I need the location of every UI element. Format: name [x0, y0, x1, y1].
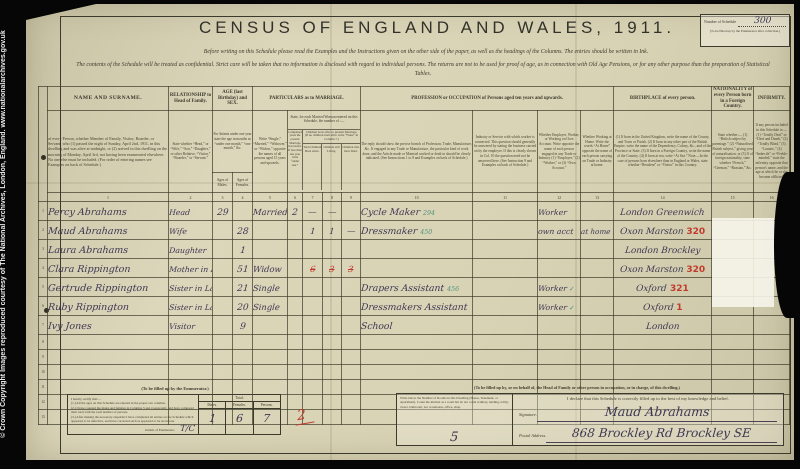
cell-age_f: 1 [233, 240, 253, 259]
note-name: of every Person, whether Member of Famil… [48, 111, 169, 193]
cell-nationality [712, 350, 754, 365]
cell-years_married: 2 [288, 202, 303, 221]
cell-children_died [342, 202, 361, 221]
postal-address-value: 868 Brockley Rd Brockley SE [572, 427, 752, 439]
cell-children_born: 1 [303, 221, 323, 240]
cell-at_home: at home [581, 221, 614, 240]
col-number: 14 [614, 193, 712, 202]
cell-at_home [581, 259, 614, 278]
cell-children_born [303, 365, 323, 380]
cell-name: Clara Rippington [48, 259, 169, 278]
cell-at_home [581, 335, 614, 350]
cell-age_m [213, 240, 233, 259]
cell-name: Ivy Jones [48, 316, 169, 335]
cell-no: 4 [39, 259, 48, 278]
cell-children_living [323, 316, 342, 335]
cell-occupation: Dressmaker450 [361, 221, 473, 240]
cell-name: Maud Abrahams [48, 221, 169, 240]
birthplace-code-annotation: 320 [686, 265, 705, 275]
cell-marital: Single [253, 278, 288, 297]
birthplace-code-annotation: 1 [676, 303, 682, 313]
cell-age_f [233, 365, 253, 380]
cell-at_home [581, 240, 614, 259]
note-age: For Infants under one year state the age… [213, 111, 253, 173]
census-row: 5Gertrude RippingtonSister in Law21Singl… [39, 278, 790, 297]
cell-marital [253, 240, 288, 259]
cell-children_born [303, 335, 323, 350]
col-number: 7 [303, 193, 323, 202]
cell-age_m [213, 335, 233, 350]
schedule-number-note: (To be filled up by the Enumerator after… [704, 29, 786, 33]
cell-occupation [361, 365, 473, 380]
cell-name: Percy Abrahams [48, 202, 169, 221]
col-number: 3 [213, 193, 233, 202]
cell-name [48, 350, 169, 365]
cell-industry [473, 259, 538, 278]
label-children-living: Children still Living. [321, 144, 340, 189]
cell-children_born [303, 350, 323, 365]
cell-birthplace: Oxford321 [614, 278, 712, 297]
cell-no: 12 [39, 395, 48, 410]
birthplace-code-annotation: 321 [670, 284, 689, 294]
cell-relationship: Sister in Law [169, 297, 213, 316]
totals-table: Total. Males. Females. Persons. 1 6 7 [198, 395, 280, 434]
postal-address-label: Postal Address. [519, 433, 546, 438]
cell-nationality [712, 316, 754, 335]
declaration-box: Write below the Number of Rooms in this … [396, 393, 784, 446]
cell-years_married [288, 221, 303, 240]
marriage-subheader-group: State, for each Married Woman entered on… [288, 111, 361, 193]
cell-industry [473, 365, 538, 380]
cell-children_living [323, 395, 342, 410]
census-row: 10 [39, 365, 790, 380]
census-row: 1Percy AbrahamsHead29Married2——Cycle Mak… [39, 202, 790, 221]
cell-marital: Single [253, 297, 288, 316]
note-birthplace: (1) If born in the United Kingdom, write… [614, 111, 712, 193]
cell-birthplace: Oxon Marston320 [614, 259, 712, 278]
cell-marital [253, 350, 288, 365]
cell-industry [473, 335, 538, 350]
occupation-code-annotation: 294 [423, 210, 435, 217]
cell-children_living [323, 380, 342, 395]
certify-item-2: (2.) I have counted the males and female… [71, 406, 195, 415]
cell-name: Ruby Rippington [48, 297, 169, 316]
cell-birthplace [614, 365, 712, 380]
rooms-note: Write below the Number of Rooms in this … [400, 396, 509, 409]
col-number: 6 [288, 193, 303, 202]
cell-occupation [361, 350, 473, 365]
cell-age_m [213, 365, 233, 380]
col-number: 5 [253, 193, 288, 202]
cell-infirmity [754, 316, 790, 335]
cell-children_died [342, 240, 361, 259]
cell-infirmity [754, 365, 790, 380]
scan-edge [774, 172, 800, 318]
cell-birthplace: London Brockley [614, 240, 712, 259]
cell-years_married [288, 335, 303, 350]
cell-age_m [213, 297, 233, 316]
cell-birthplace [614, 350, 712, 365]
cell-name: Laura Abrahams [48, 240, 169, 259]
cell-status: Worker [538, 202, 581, 221]
note-years-married: Completed years the present Marriage has… [288, 130, 303, 190]
cell-marital: Married [253, 202, 288, 221]
occupation-code-annotation: 456 [447, 286, 459, 293]
cell-industry [473, 297, 538, 316]
col-number: 1 [48, 193, 169, 202]
cell-children_died [342, 395, 361, 410]
row-number-column [39, 87, 48, 202]
cell-years_married [288, 259, 303, 278]
cell-status [538, 335, 581, 350]
cell-years_married [288, 278, 303, 297]
cell-industry [473, 221, 538, 240]
census-rows: 1Percy AbrahamsHead29Married2——Cycle Mak… [39, 202, 790, 425]
signature-value: Maud Abrahams [604, 406, 710, 419]
red-check-mark: 2 [295, 406, 315, 425]
page-title: CENSUS OF ENGLAND AND WALES, 1911. [177, 18, 697, 38]
header-occupation: PROFESSION or OCCUPATION of Persons aged… [361, 87, 614, 111]
cell-occupation: Drapers Assistant456 [361, 278, 473, 297]
census-row: 9 [39, 350, 790, 365]
cell-children_living [323, 350, 342, 365]
cell-relationship: Daughter [169, 240, 213, 259]
cell-years_married [288, 297, 303, 316]
cell-industry [473, 240, 538, 259]
totals-persons-label: Persons. [253, 402, 280, 408]
header-relationship: RELATIONSHIP to Head of Family. [169, 87, 213, 111]
instruction-line-2: The contents of the Schedule will be tre… [70, 61, 776, 78]
totals-females-value: 6 [236, 413, 244, 424]
note-nationality: State whether:— (1) “British subject by … [712, 111, 754, 193]
col-number: 13 [581, 193, 614, 202]
signature-label: Signature. [519, 412, 537, 417]
header-nationality: NATIONALITY of every Person born in a Fo… [712, 87, 754, 111]
cell-age_f: 51 [233, 259, 253, 278]
cell-children_died [342, 380, 361, 395]
cell-age_f [233, 335, 253, 350]
cell-years_married [288, 350, 303, 365]
cell-occupation: School [361, 316, 473, 335]
cell-birthplace: Oxon Marston320 [614, 221, 712, 240]
cell-birthplace: London Greenwich [614, 202, 712, 221]
cell-no: 9 [39, 350, 48, 365]
cell-children_born: 6 [303, 259, 323, 278]
cell-relationship: Wife [169, 221, 213, 240]
note-personal-occupation: The reply should show the precise branch… [361, 111, 473, 193]
cell-children_living [323, 365, 342, 380]
header-marriage: PARTICULARS as to MARRIAGE. [253, 87, 361, 111]
cell-no: 6 [39, 297, 48, 316]
cell-children_born [303, 297, 323, 316]
census-form-paper: CENSUS OF ENGLAND AND WALES, 1911. Befor… [26, 4, 794, 460]
cell-name [48, 335, 169, 350]
cell-relationship: Mother in Law [169, 259, 213, 278]
note-industry: Industry or Service with which worker is… [473, 111, 538, 193]
enumerator-certification: I hereby certify that:— (1.) All the age… [68, 395, 198, 434]
cell-age_f: 21 [233, 278, 253, 297]
cell-age_m: 29 [213, 202, 233, 221]
cell-birthplace [614, 335, 712, 350]
enumerator-box: I hereby certify that:— (1.) All the age… [67, 394, 281, 435]
column-number-strip: 1 2 3 4 5 6 7 8 9 10 11 12 13 14 15 16 [39, 193, 790, 202]
census-row: 3Laura AbrahamsDaughter1London Brockley [39, 240, 790, 259]
header-age: AGE (last Birthday) and SEX. [213, 87, 253, 111]
cell-relationship [169, 335, 213, 350]
cell-marital [253, 365, 288, 380]
note-children: Children born alive to present Marriage.… [303, 130, 360, 145]
cell-no: 5 [39, 278, 48, 297]
census-row: 8 [39, 335, 790, 350]
cell-years_married [288, 316, 303, 335]
header-name: NAME AND SURNAME. [48, 87, 169, 111]
cell-children_died [342, 365, 361, 380]
cell-name: Gertrude Rippington [48, 278, 169, 297]
cell-relationship [169, 365, 213, 380]
cell-age_f: 9 [233, 316, 253, 335]
label-children-died: Children who have Died. [341, 144, 360, 189]
cell-status [538, 259, 581, 278]
cell-children_died [342, 316, 361, 335]
col-number: 11 [473, 193, 538, 202]
note-relationship: State whether “Head,” or “Wife,” “Son,” … [169, 111, 213, 193]
rooms-count-value: 5 [449, 431, 458, 444]
cell-birthplace: London [614, 316, 712, 335]
col-number: 10 [361, 193, 473, 202]
cell-infirmity [754, 350, 790, 365]
census-row: 2Maud AbrahamsWife2811—Dressmaker450own … [39, 221, 790, 240]
census-row: 7Ivy JonesVisitor9SchoolLondon [39, 316, 790, 335]
cell-nationality [712, 335, 754, 350]
cell-age_f: 20 [233, 297, 253, 316]
cell-marital [253, 335, 288, 350]
col-number: 12 [538, 193, 581, 202]
cell-age_f: 28 [233, 221, 253, 240]
cell-status [538, 316, 581, 335]
census-row: 4Clara RippingtonMother in Law51Widow633… [39, 259, 790, 278]
birthplace-code-annotation: 320 [686, 227, 705, 237]
copyright-strip: © Crown Copyright Images reproduced cour… [0, 4, 12, 464]
cell-age_m [213, 221, 233, 240]
cell-children_living: 3 [323, 259, 342, 278]
cell-occupation [361, 240, 473, 259]
cell-relationship: Head [169, 202, 213, 221]
cell-industry [473, 316, 538, 335]
totals-males-label: Males. [199, 402, 225, 408]
cell-children_born [303, 278, 323, 297]
cell-no: 1 [39, 202, 48, 221]
cell-age_m [213, 350, 233, 365]
cell-years_married [288, 365, 303, 380]
cell-children_born: — [303, 202, 323, 221]
cell-years_married [288, 240, 303, 259]
census-table: NAME AND SURNAME. RELATIONSHIP to Head o… [38, 86, 790, 425]
cell-at_home [581, 350, 614, 365]
cell-status: Worker✓ [538, 297, 581, 316]
cell-marital [253, 316, 288, 335]
note-status: Whether Employer, Worker, or Working on … [538, 111, 581, 193]
cell-children_living: 1 [323, 221, 342, 240]
cell-industry [473, 350, 538, 365]
cell-children_born [303, 316, 323, 335]
cell-children_died [342, 410, 361, 425]
cell-children_living [323, 410, 342, 425]
occupation-code-annotation: 450 [420, 229, 432, 236]
cell-children_died [342, 335, 361, 350]
cell-children_born [303, 240, 323, 259]
declaration-cell: I declare that this Schedule is correctl… [513, 394, 783, 445]
label-children-total: Total Children Born Alive. [303, 144, 321, 189]
totals-females-label: Females. [225, 402, 252, 408]
cell-children_living [323, 240, 342, 259]
cell-marital: Widow [253, 259, 288, 278]
col-number: 15 [712, 193, 754, 202]
cell-occupation [361, 259, 473, 278]
cell-children_living [323, 335, 342, 350]
cell-status [538, 240, 581, 259]
label-ages-males: Ages of Males. [213, 173, 233, 193]
green-check-icon: ✓ [569, 304, 575, 312]
cell-status: own acct [538, 221, 581, 240]
col-number: 4 [233, 193, 253, 202]
cell-children_died [342, 278, 361, 297]
totals-males-value: 1 [208, 413, 216, 424]
cell-relationship: Visitor [169, 316, 213, 335]
header-birthplace: BIRTHPLACE of every person. [614, 87, 712, 111]
cell-relationship: Sister in Law [169, 278, 213, 297]
cell-years_married [288, 380, 303, 395]
certify-item-3: (3.) After making the necessary enquirie… [71, 415, 195, 424]
col-number: 2 [169, 193, 213, 202]
cell-occupation [361, 335, 473, 350]
cell-children_died [342, 350, 361, 365]
cell-no: 3 [39, 240, 48, 259]
totals-title: Total. [199, 395, 280, 402]
cell-status [538, 350, 581, 365]
rooms-cell: Write below the Number of Rooms in this … [397, 394, 513, 445]
declaration-text: I declare that this Schedule is correctl… [519, 396, 777, 401]
cell-at_home [581, 316, 614, 335]
cell-age_f [233, 202, 253, 221]
cell-no: 10 [39, 365, 48, 380]
cell-industry [473, 278, 538, 297]
cell-children_living [323, 278, 342, 297]
totals-persons-value: 7 [263, 413, 271, 424]
cell-age_f [233, 350, 253, 365]
col-number: 9 [342, 193, 361, 202]
census-row: 6Ruby RippingtonSister in Law20SingleDre… [39, 297, 790, 316]
cell-industry [473, 202, 538, 221]
note-at-home: Whether Working at Home. Write the words… [581, 111, 614, 193]
cell-age_m [213, 278, 233, 297]
cell-infirmity [754, 335, 790, 350]
note-married-woman: State, for each Married Woman entered on… [288, 114, 360, 130]
col-number: 8 [323, 193, 342, 202]
enumerator-initials-label: Initials of Enumerator. [145, 428, 175, 432]
schedule-number-value: 300 [753, 17, 771, 26]
cell-occupation: Dressmakers Assistant [361, 297, 473, 316]
cell-relationship [169, 350, 213, 365]
instruction-line-1: Before writing on this Schedule please r… [146, 49, 706, 55]
cell-at_home [581, 297, 614, 316]
note-marital: Write “Single,” “Married,” “Widower,” or… [253, 111, 288, 193]
census-table-header: NAME AND SURNAME. RELATIONSHIP to Head o… [39, 87, 790, 202]
green-check-icon: ✓ [569, 285, 575, 293]
cell-occupation: Cycle Maker294 [361, 202, 473, 221]
enumerator-initials-value: T/C [180, 425, 196, 434]
cell-birthplace: Oxford1 [614, 297, 712, 316]
cell-children_born [303, 380, 323, 395]
cell-at_home [581, 278, 614, 297]
cell-no: 11 [39, 380, 48, 395]
schedule-number-label: Number of Schedule [704, 20, 736, 24]
scan-white-patch [712, 218, 774, 307]
cell-age_m [213, 259, 233, 278]
cell-no: 8 [39, 335, 48, 350]
cell-children_died [342, 297, 361, 316]
cell-age_m [213, 316, 233, 335]
cell-name [48, 365, 169, 380]
cell-children_living [323, 297, 342, 316]
cell-status: Worker✓ [538, 278, 581, 297]
cell-nationality [712, 365, 754, 380]
label-ages-females: Ages of Females. [233, 173, 253, 193]
cell-children_living: — [323, 202, 342, 221]
schedule-number-box: Number of Schedule 300 (To be filled up … [700, 14, 790, 47]
cell-children_died: 3 [342, 259, 361, 278]
header-infirmity: INFIRMITY. [754, 87, 790, 111]
cell-no: 2 [39, 221, 48, 240]
cell-no: 7 [39, 316, 48, 335]
cell-at_home [581, 365, 614, 380]
enumerator-section-heading: (To be filled up by the Enumerator.) [67, 386, 283, 391]
cell-children_died: — [342, 221, 361, 240]
cell-no: 13 [39, 410, 48, 425]
cell-status [538, 365, 581, 380]
cell-marital [253, 221, 288, 240]
cell-at_home [581, 202, 614, 221]
householder-section-heading: (To be filled up by, or on behalf of, th… [396, 385, 758, 390]
